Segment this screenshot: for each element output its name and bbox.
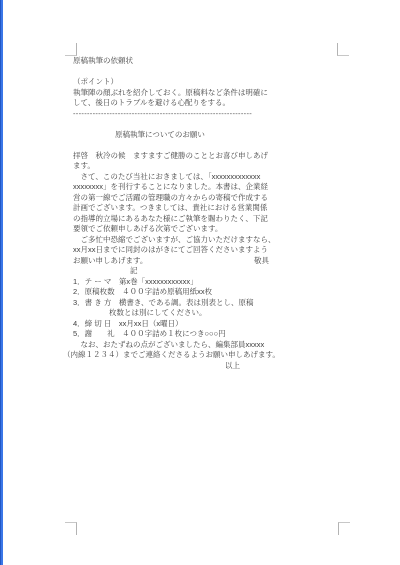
spacer	[73, 67, 288, 78]
point-label: （ポイント）	[73, 77, 288, 88]
body-line: ご多忙中恐縮でございますが、ご協力いただけますなら、	[73, 235, 288, 246]
end-word: 以上	[73, 361, 288, 372]
spacer	[73, 119, 288, 130]
crop-mark-bottom-right	[338, 522, 350, 535]
letter-content: 原稿執筆の依頼状 （ポイント） 執筆陣の顔ぶれを紹介しておく。原稿料など条件は明…	[73, 56, 288, 371]
body-line: xxxxxxxx」を刊行することになりました。本書は、企業経	[73, 182, 288, 193]
list-item: 5．謝 礼 ４００字詰め１枚につき○○○円	[73, 329, 288, 340]
closing-line: お願い申しあげます。 敬具	[73, 256, 269, 267]
keigu-word: 敬具	[254, 256, 269, 267]
list-item: 4．締 切 日 xx月xx日（x曜日）	[73, 319, 288, 330]
page-title: 原稿執筆の依頼状	[73, 56, 288, 67]
list-item: 3．書 き 方 横書き、である調。表は別表とし、原稿	[73, 298, 288, 309]
body-line: xx月xx日までに同封のはがきにてご回答くださいますよう	[73, 245, 288, 256]
crop-mark-top-left	[65, 43, 77, 56]
body-line: さて、このたび当社におきましては、「xxxxxxxxxxxxx	[73, 172, 288, 183]
body-line: 拝啓 秋冷の候 ますますご健勝のこととお喜び申しあげ	[73, 151, 288, 162]
body-line: 計画でございます。つきましては、貴社における営業関係	[73, 203, 288, 214]
list-item: 1．テ ー マ 第x巻「xxxxxxxxxxxx」	[73, 277, 288, 288]
note-line: （内線１２３４）までご連絡くださるようお願い申しあげます。	[63, 350, 288, 361]
closing-text: お願い申しあげます。	[73, 256, 147, 267]
note-line: なお、おたずねの点がございましたら、編集部員xxxxx	[73, 340, 288, 351]
point-line: して、後日のトラブルを避ける心配りをする。	[73, 98, 288, 109]
crop-mark-bottom-left	[65, 522, 77, 535]
record-label: 記	[73, 266, 288, 277]
dashed-divider: ----------------------------------------…	[73, 109, 253, 120]
crop-mark-top-right	[337, 43, 349, 56]
body-line: 要領でご依頼申しあげる次第でございます。	[73, 224, 288, 235]
list-item: 2．原稿枚数 ４００字詰め原稿用紙xx枚	[73, 287, 288, 298]
window-left-edge	[0, 0, 3, 565]
document-page: 原稿執筆の依頼状 （ポイント） 執筆陣の顔ぶれを紹介しておく。原稿料など条件は明…	[0, 0, 400, 565]
spacer	[73, 140, 288, 151]
point-line: 執筆陣の顔ぶれを紹介しておく。原稿料など条件は明確に	[73, 88, 288, 99]
list-item-continuation: 枚数とは別にしてください。	[73, 308, 288, 319]
body-line: の指導的立場にあるあなた様にご執筆を賜わりたく、下記	[73, 214, 288, 225]
body-line: 営の第一線でご活躍の管理職の方々からの寄稿で作成する	[73, 193, 288, 204]
letter-heading: 原稿執筆についてのお願い	[73, 130, 288, 141]
body-line: ます。	[73, 161, 288, 172]
